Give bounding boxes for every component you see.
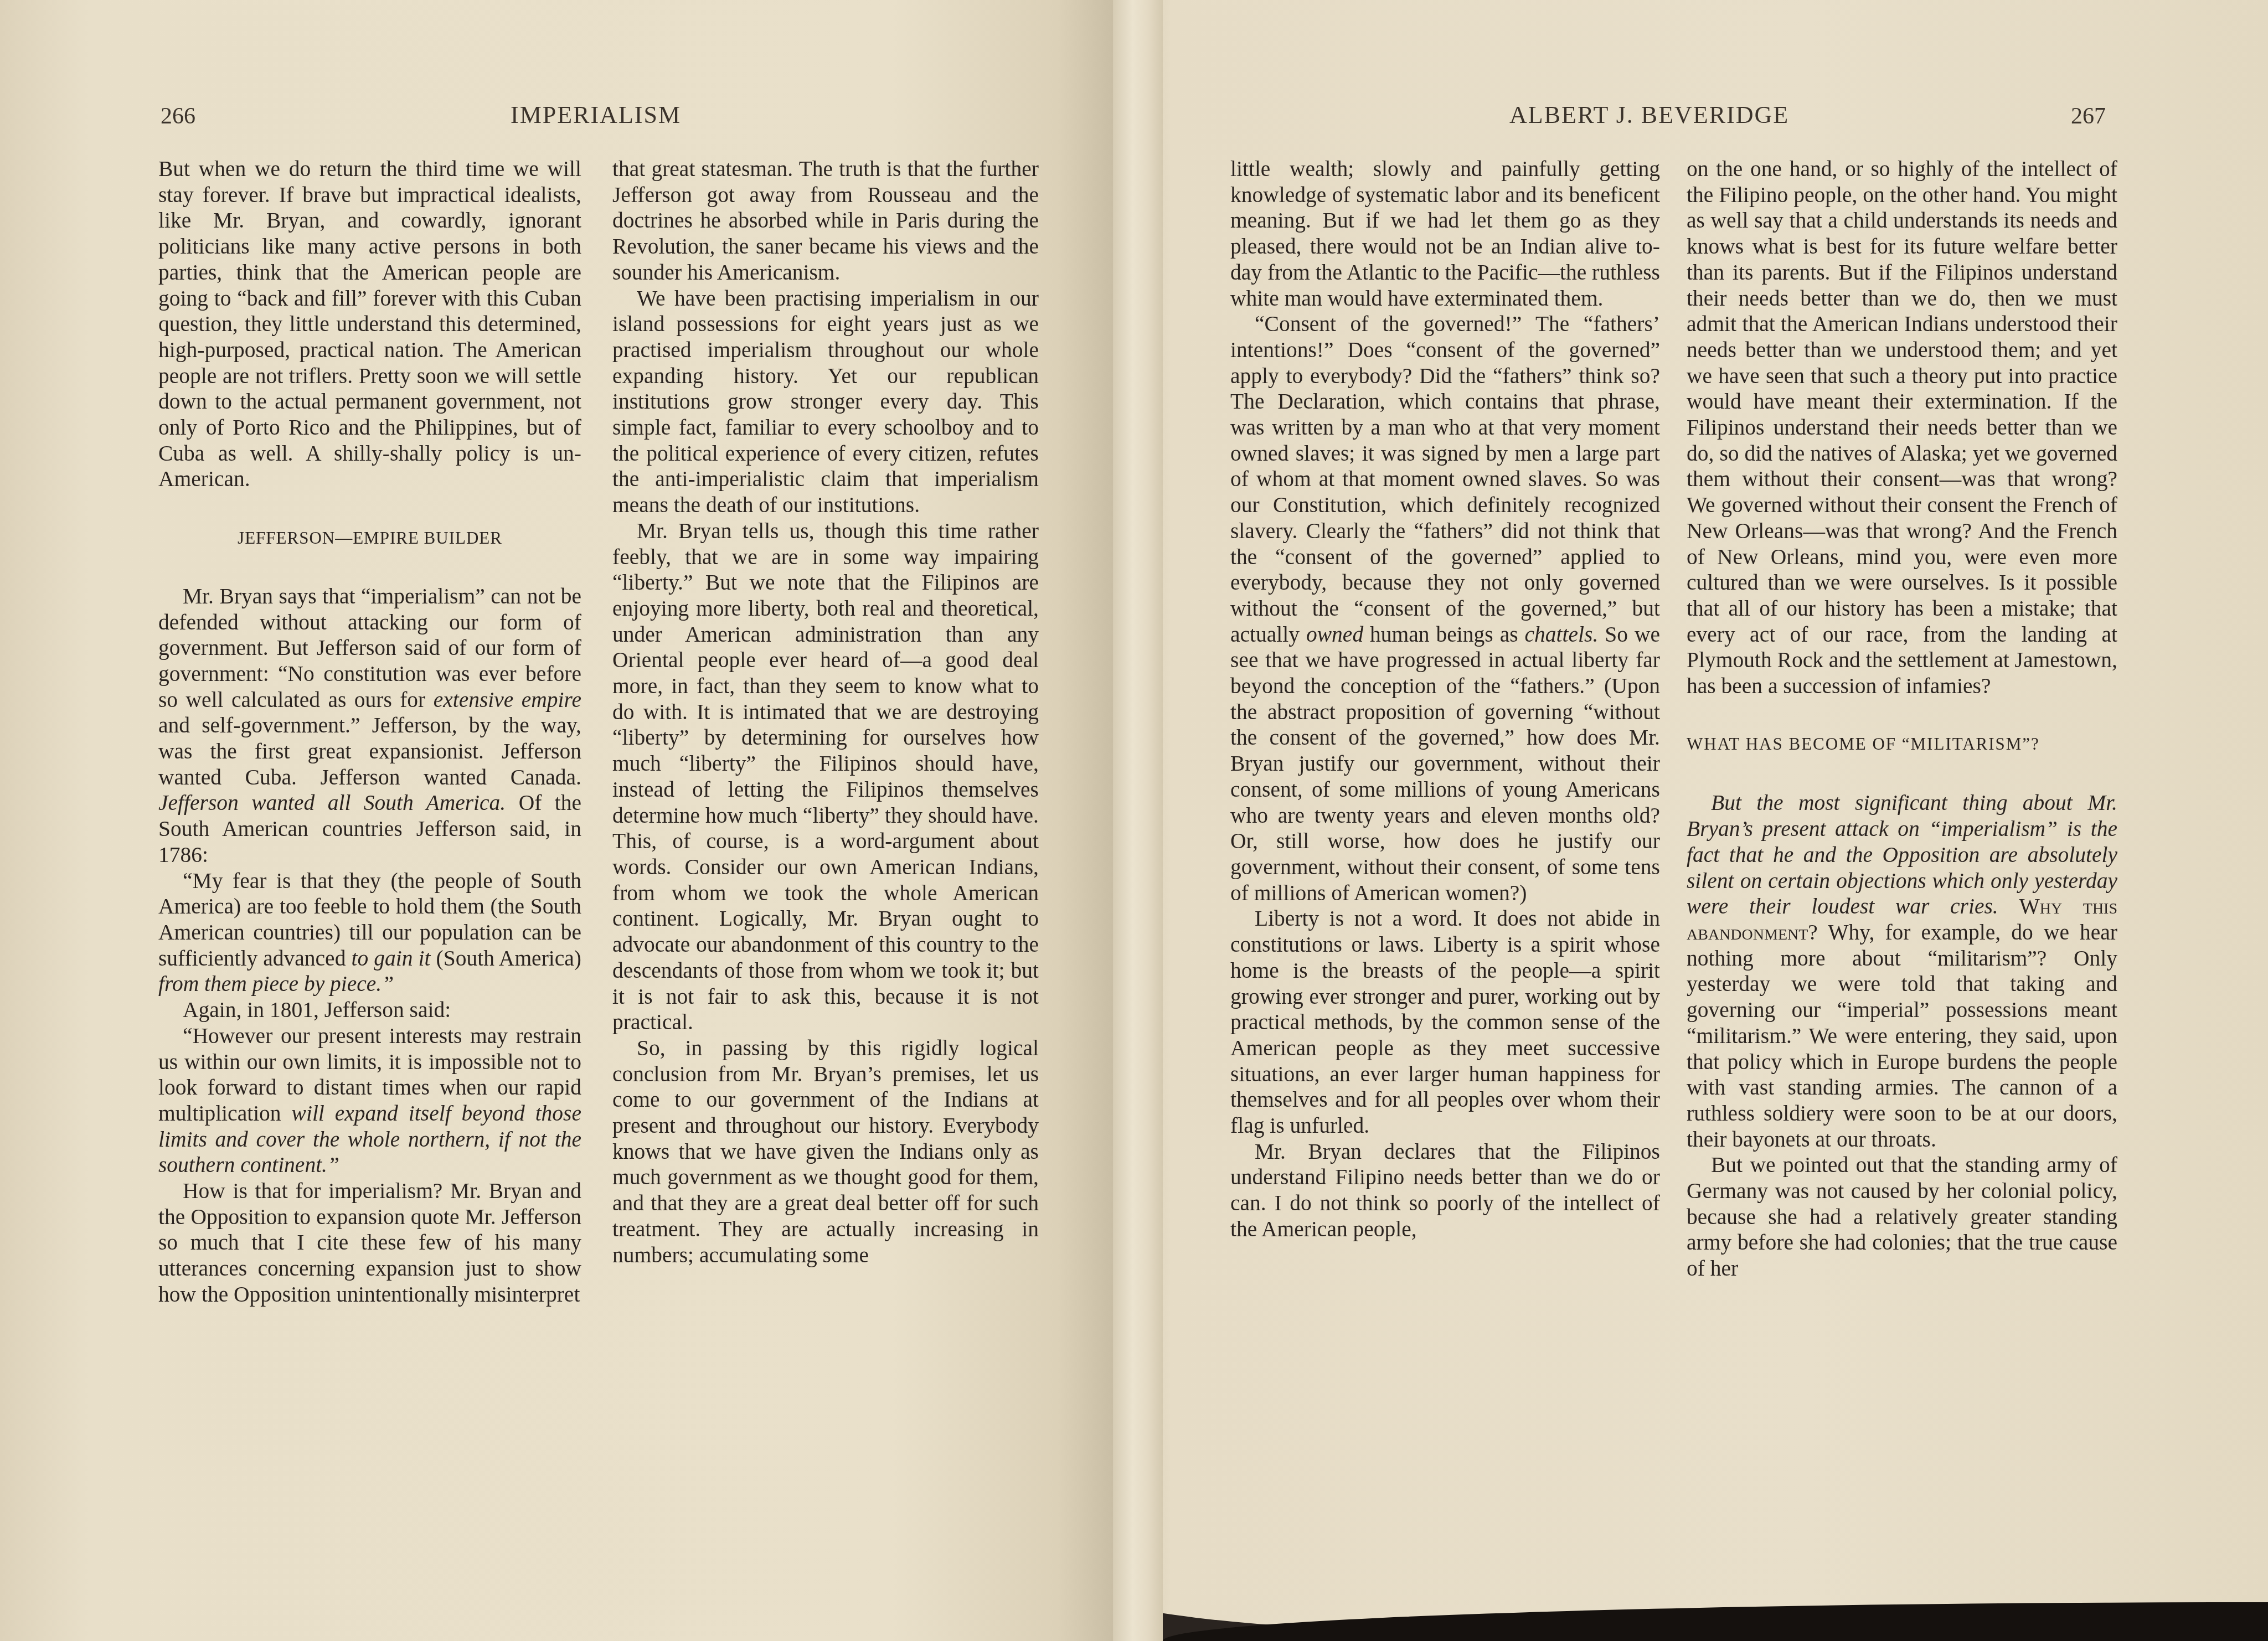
paragraph: But we pointed out that the standing arm… [1687, 1152, 2117, 1282]
right-page-column-2: on the one hand, or so highly of the int… [1687, 156, 2117, 1282]
paragraph: “However our present interests may restr… [158, 1023, 581, 1178]
paragraph: We have been practising imperialism in o… [612, 286, 1039, 518]
page-number-right: 267 [2071, 103, 2106, 130]
paragraph: But when we do return the third time we … [158, 156, 581, 492]
right-page: ALBERT J. BEVERIDGE 267 little wealth; s… [1113, 0, 2268, 1641]
paragraph: But the most significant thing about Mr.… [1687, 790, 2117, 1152]
paragraph: on the one hand, or so highly of the int… [1687, 156, 2117, 699]
paragraph: Mr. Bryan tells us, though this time rat… [612, 518, 1039, 1035]
paragraph: Mr. Bryan declares that the Filipinos un… [1230, 1139, 1660, 1242]
paragraph: So, in passing by this rigidly logical c… [612, 1035, 1039, 1268]
paragraph: “Consent of the governed!” The “fathers’… [1230, 311, 1660, 906]
page-fold [1113, 0, 1163, 1641]
paragraph: little wealth; slowly and painfully gett… [1230, 156, 1660, 311]
right-page-column-1: little wealth; slowly and painfully gett… [1230, 156, 1660, 1242]
paragraph: “My fear is that they (the people of Sou… [158, 868, 581, 998]
italic-emphasis: extensive empire [434, 688, 581, 712]
italic-emphasis: chattels. [1525, 622, 1599, 647]
running-head-left: IMPERIALISM [511, 101, 681, 129]
italic-emphasis: owned [1306, 622, 1363, 647]
paragraph: Liberty is not a word. It does not abide… [1230, 906, 1660, 1138]
italic-emphasis: Jefferson wanted all South America. [158, 791, 506, 815]
section-heading: WHAT HAS BECOME OF “MILITARISM”? [1687, 731, 2117, 757]
left-page-column-1: But when we do return the third time we … [158, 156, 581, 1308]
italic-emphasis: to gain it [351, 946, 430, 971]
running-head-right: ALBERT J. BEVERIDGE [1509, 101, 1789, 129]
paragraph: How is that for imperialism? Mr. Bryan a… [158, 1178, 581, 1308]
section-heading: JEFFERSON—EMPIRE BUILDER [158, 525, 581, 551]
paragraph: Again, in 1801, Jefferson said: [158, 997, 581, 1023]
book-spread: 266 IMPERIALISM But when we do return th… [0, 0, 2268, 1641]
left-page: 266 IMPERIALISM But when we do return th… [0, 0, 1113, 1641]
left-page-column-2: that great statesman. The truth is that … [612, 156, 1039, 1268]
italic-emphasis: from them piece by piece.” [158, 972, 394, 996]
paragraph: Mr. Bryan says that “imperialism” can no… [158, 584, 581, 868]
page-number-left: 266 [161, 103, 195, 130]
paragraph: that great statesman. The truth is that … [612, 156, 1039, 286]
italic-emphasis: will expand itself beyond those limits a… [158, 1101, 581, 1177]
